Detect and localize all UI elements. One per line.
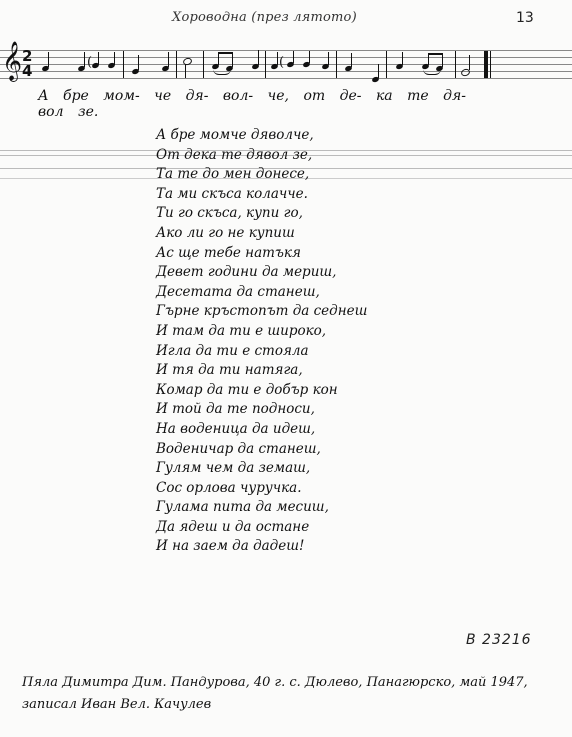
verse-line: Та те до мен донесе, <box>156 165 456 185</box>
note-stem <box>378 64 379 78</box>
note-stem <box>293 51 294 63</box>
verse-line: И на заем да дадеш! <box>156 537 456 557</box>
treble-clef-icon: 𝄞 <box>2 44 22 78</box>
verse-line: Ас ще тебе натъкя <box>156 244 456 264</box>
note-stem <box>277 52 278 65</box>
barline <box>203 51 204 78</box>
verse-line: Воденичар да станеш, <box>156 440 456 460</box>
manuscript-page: Хороводна (през лятото) 13 𝄞 24 ( <box>0 0 572 737</box>
note-stem <box>258 50 259 65</box>
verse-line: Гулама пита да месиш, <box>156 498 456 518</box>
archive-number: В 23216 <box>466 632 532 648</box>
verse-line: Игла да ти е стояла <box>156 342 456 362</box>
note-stem <box>98 52 99 65</box>
verse-line: Да ядеш и да останe <box>156 518 456 538</box>
note-stem <box>232 52 233 67</box>
barline <box>176 51 177 78</box>
time-signature: 24 <box>22 49 32 79</box>
song-title: Хороводна (през лятото) <box>172 10 357 25</box>
verse-line: Десетата да станеш, <box>156 283 456 303</box>
verse-line: И тя да ти натяга, <box>156 361 456 381</box>
barline <box>336 51 337 78</box>
note-stem <box>351 53 352 67</box>
beam <box>218 52 232 54</box>
credits: Пяла Димитра Дим. Пандурова, 40 г. с. Дю… <box>22 672 570 716</box>
verse-line: На воденица да идеш, <box>156 420 456 440</box>
note-stem <box>328 52 329 65</box>
note-stem <box>168 52 169 67</box>
verse-line: Девет години да мериш, <box>156 263 456 283</box>
final-barline <box>484 51 488 78</box>
verse-line: Ти го скъса, купи го, <box>156 204 456 224</box>
slur <box>213 69 231 75</box>
verse-list: А бре момче дяволче, От дека те дявол зе… <box>156 126 456 557</box>
note-stem <box>469 55 470 70</box>
barline <box>386 51 387 78</box>
verse-line: Комар да ти е добър кон <box>156 381 456 401</box>
note-stem <box>402 52 403 65</box>
beam <box>428 53 442 55</box>
lyrics-underlay: А бре мом- че дя- вол- че, от де- ка те … <box>38 88 498 120</box>
barline <box>265 51 266 78</box>
note-stem <box>309 51 310 63</box>
ornament-paren: ( <box>87 56 92 69</box>
staff-line <box>0 78 572 79</box>
ornament-paren: ( <box>279 56 284 69</box>
verse-line: Сос орлова чуручка. <box>156 479 456 499</box>
note-stem <box>48 52 49 67</box>
verse-line: Гърне кръстопът да седнеш <box>156 302 456 322</box>
slur <box>423 69 441 75</box>
verse-line: А бре момче дяволче, <box>156 126 456 146</box>
credits-singer: Пяла Димитра Дим. Пандурова, 40 г. с. Дю… <box>22 672 570 694</box>
barline <box>490 51 491 78</box>
credits-recorder: записал Иван Вел. Качулев <box>22 694 570 716</box>
verse-line: Та ми скъса колачче. <box>156 185 456 205</box>
page-number: 13 <box>516 10 534 26</box>
note-stem <box>442 53 443 67</box>
note-stem <box>138 55 139 70</box>
note-stem <box>84 52 85 67</box>
verse-line: Ако ли го не купиш <box>156 224 456 244</box>
verse-line: Гулям чем да земаш, <box>156 459 456 479</box>
verse-line: И той да те подноси, <box>156 400 456 420</box>
note-stem <box>185 64 186 78</box>
verse-line: От дека те дявол зе, <box>156 146 456 166</box>
barline <box>455 51 456 78</box>
barline <box>123 51 124 78</box>
verse-line: И там да ти е широко, <box>156 322 456 342</box>
note-stem <box>114 52 115 65</box>
